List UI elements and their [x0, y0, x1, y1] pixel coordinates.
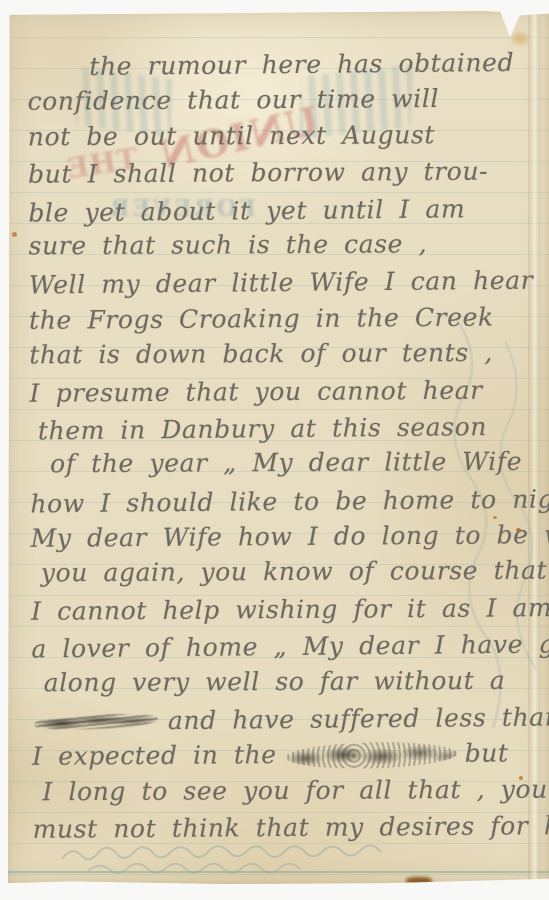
letter-line: of the year „ My dear little Wife — [50, 444, 541, 483]
letter-line: along very well so far without a — [44, 662, 543, 701]
letter-page: UNION THE FOREVER the rumour here has ob… — [8, 11, 549, 884]
letter-line: the Frogs Croaking in the Creek — [29, 299, 540, 339]
letter-line: I presume that you cannot hear — [29, 372, 540, 412]
scratched-out-word — [34, 712, 159, 732]
letter-line-text: My dear Wife how I do long to be with — [31, 520, 549, 553]
letter-line-text: the rumour here has obtained — [89, 48, 514, 81]
letter-line-text: but — [465, 739, 509, 768]
letter-line: sure that such is the case , — [29, 226, 540, 265]
scratched-out-word — [284, 740, 457, 770]
letter-line-text: confidence that our time will — [27, 84, 439, 116]
letter-line: you again, you know of course that — [41, 553, 542, 592]
letter-line-text: I long to see you for all that , you — [42, 774, 548, 806]
letter-line-text: ble yet about it yet until I am — [28, 194, 465, 227]
letter-line-text: and have suffered less than — [168, 702, 549, 735]
letter-line-text: how I should like to be home to night — [30, 484, 549, 518]
letter-line-text: but I shall not borrow any trou- — [28, 157, 488, 189]
letter-line: I long to see you for all that , you — [42, 771, 543, 810]
letter-line: a lover of home „ My dear I have got — [31, 627, 542, 668]
letter-line: Well my dear little Wife I can hear — [29, 263, 540, 304]
letter-line: not be out until next August — [28, 116, 539, 155]
letter-line-text: that is down back of our tents , — [29, 338, 493, 369]
letter-line-text: sure that such is the case , — [29, 229, 428, 260]
letter-line: the rumour here has obtained — [89, 45, 538, 86]
letter-line-text: must not think that my desires for home — [33, 811, 549, 844]
letter-line-text: of the year „ My dear little Wife — [50, 447, 522, 478]
letter-line: confidence that our time will — [27, 81, 538, 121]
letter-line-text: not be out until next August — [28, 120, 435, 151]
photograph-background: UNION THE FOREVER the rumour here has ob… — [0, 0, 549, 900]
letter-line-text: the Frogs Croaking in the Creek — [29, 302, 494, 334]
letter-line: I expected in thebut — [32, 736, 543, 776]
letter-line: must not think that my desires for home — [33, 808, 544, 848]
letter-line: that is down back of our tents , — [29, 335, 540, 374]
letter-line-text: along very well so far without a — [44, 665, 506, 696]
letter-line-text: I presume that you cannot hear — [30, 375, 483, 407]
letter-line-text: them in Danbury at this season — [38, 412, 487, 445]
letter-line: I cannot help wishing for it as I am — [31, 590, 542, 630]
ruled-line-bottom — [8, 871, 549, 873]
letter-line: and have suffered less than — [32, 700, 543, 741]
letter-line: My dear Wife how I do long to be with — [31, 517, 542, 557]
letter-line: how I should like to be home to night — [30, 481, 541, 522]
letter-line-text: you again, you know of course that — [41, 556, 547, 588]
letter-line: but I shall not borrow any trou- — [28, 153, 539, 193]
letter-line-text: I expected in the — [32, 740, 277, 771]
letter-line-text: I cannot help wishing for it as I am — [31, 593, 549, 626]
letter-line-text: Well my dear little Wife I can hear — [29, 266, 534, 300]
letter-text: the rumour here has obtainedconfidence t… — [27, 44, 544, 848]
letter-line-text: a lover of home „ My dear I have got — [31, 629, 549, 663]
